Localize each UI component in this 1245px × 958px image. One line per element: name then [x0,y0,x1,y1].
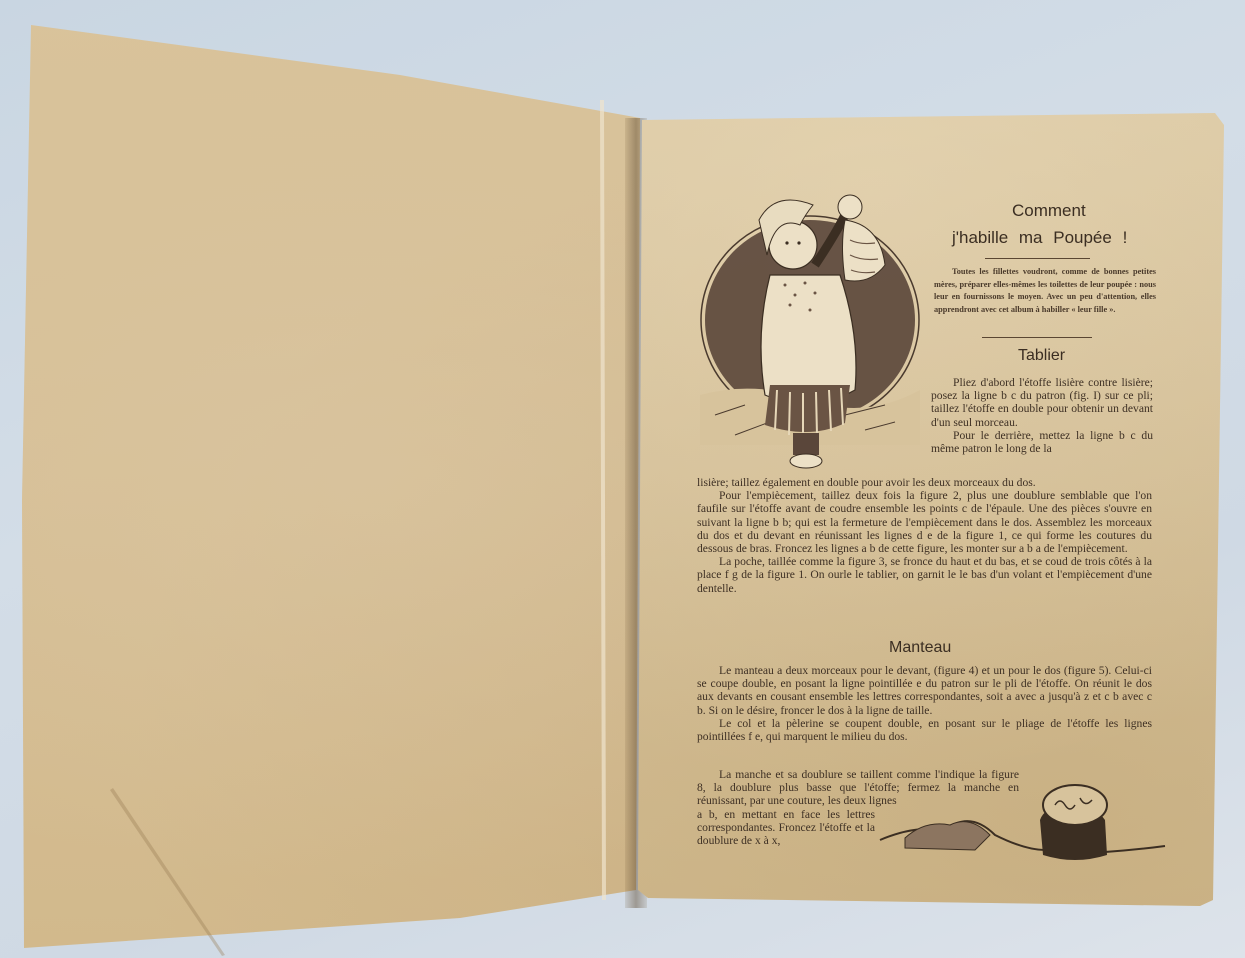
tablier-text-wide: lisière; taillez également en double pou… [697,476,1152,595]
title-line-1: Comment [1012,201,1086,221]
title-divider [985,258,1090,259]
paragraph: Pour le derrière, mettez la ligne b c du… [931,429,1153,455]
section-divider [982,337,1092,338]
manteau-text: Le manteau a deux morceaux pour le devan… [697,664,1152,743]
paragraph: Pour l'empiècement, taillez deux fois la… [697,489,1152,555]
paragraph: a b, en mettant en face les lettres corr… [697,808,875,848]
paragraph: Le col et la pèlerine se coupent double,… [697,717,1152,743]
heading-tablier: Tablier [1018,347,1065,365]
intro-paragraph: Toutes les fillettes voudront, comme de … [934,266,1156,316]
sewing-basket-illustration [875,780,1175,870]
title-line-2: j'habille ma Poupée ! [952,228,1127,248]
manteau-text-short: a b, en mettant en face les lettres corr… [697,808,875,848]
tablier-text-narrow: Pliez d'abord l'étoffe lisière contre li… [931,376,1153,455]
paragraph: Pliez d'abord l'étoffe lisière contre li… [931,376,1153,429]
heading-manteau: Manteau [889,639,951,657]
paragraph: lisière; taillez également en double pou… [697,476,1152,489]
girl-holding-doll-illustration [695,185,925,475]
paragraph: La poche, taillée comme la figure 3, se … [697,555,1152,595]
paragraph: Le manteau a deux morceaux pour le devan… [697,664,1152,717]
